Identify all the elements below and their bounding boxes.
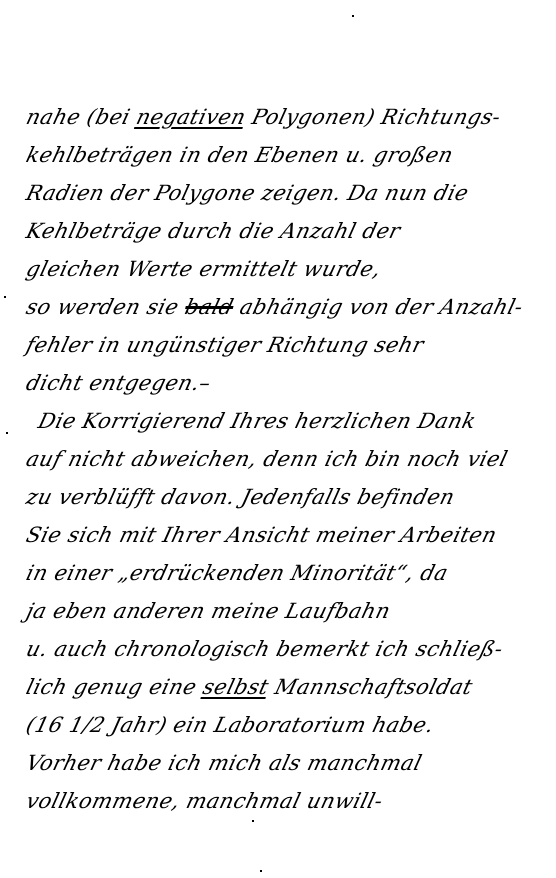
scan-speck bbox=[252, 820, 254, 822]
line-text: nahe (bei bbox=[24, 105, 140, 129]
manuscript-page: nahe (bei negativen Polygonen) Richtungs… bbox=[0, 0, 556, 878]
line-text: zu verblüfft davon. Jedenfalls befinden bbox=[24, 485, 458, 509]
manuscript-line: zu verblüfft davon. Jedenfalls befinden bbox=[22, 478, 556, 516]
scan-speck bbox=[352, 15, 354, 17]
manuscript-line: u. auch chronologisch bemerkt ich schlie… bbox=[22, 630, 556, 668]
line-text: ja eben anderen meine Laufbahn bbox=[24, 599, 393, 623]
line-text: kehlbeträgen in den Ebenen u. großen bbox=[24, 143, 456, 167]
manuscript-line: Sie sich mit Ihrer Ansicht meiner Arbeit… bbox=[22, 516, 556, 554]
line-text: Kehlbeträge durch die Anzahl der bbox=[24, 219, 403, 243]
line-text: Vorher habe ich mich als manchmal bbox=[24, 751, 425, 775]
line-text: dicht entgegen.– bbox=[24, 371, 214, 395]
line-text: abhängig von der Anzahl- bbox=[230, 295, 525, 319]
line-text: (16 1/2 Jahr) ein Laboratorium habe. bbox=[24, 713, 437, 737]
manuscript-line: lich genug eine selbst Mannschaftsoldat bbox=[22, 668, 556, 706]
line-text: lich genug eine bbox=[24, 675, 207, 699]
manuscript-line: vollkommene, manchmal unwill- bbox=[22, 782, 556, 820]
manuscript-line: Vorher habe ich mich als manchmal bbox=[22, 744, 556, 782]
line-text: so werden sie bbox=[24, 295, 189, 319]
line-text: Die Korrigierend Ihres herzlichen Dank bbox=[36, 409, 479, 433]
manuscript-line: Kehlbeträge durch die Anzahl der bbox=[22, 212, 556, 250]
underlined-word: selbst bbox=[200, 675, 271, 699]
line-text: Mannschaftsoldat bbox=[265, 675, 475, 699]
manuscript-line: (16 1/2 Jahr) ein Laboratorium habe. bbox=[22, 706, 556, 744]
line-text: in einer „erdrückenden Minorität“, da bbox=[24, 561, 451, 585]
manuscript-line: Die Korrigierend Ihres herzlichen Dank bbox=[22, 402, 556, 440]
line-text: gleichen Werte ermittelt wurde, bbox=[24, 257, 384, 281]
scan-speck bbox=[4, 296, 6, 298]
manuscript-line: nahe (bei negativen Polygonen) Richtungs… bbox=[22, 98, 556, 136]
struck-through-word: bald bbox=[183, 295, 237, 319]
manuscript-line: ja eben anderen meine Laufbahn bbox=[22, 592, 556, 630]
underlined-word: negativen bbox=[134, 105, 248, 129]
manuscript-line: kehlbeträgen in den Ebenen u. großen bbox=[22, 136, 556, 174]
handwritten-text-block: nahe (bei negativen Polygonen) Richtungs… bbox=[22, 98, 552, 820]
manuscript-line: so werden sie bald abhängig von der Anza… bbox=[22, 288, 556, 326]
manuscript-line: Radien der Polygone zeigen. Da nun die bbox=[22, 174, 556, 212]
manuscript-line: dicht entgegen.– bbox=[22, 364, 556, 402]
manuscript-line: gleichen Werte ermittelt wurde, bbox=[22, 250, 556, 288]
line-text: auf nicht abweichen, denn ich bin noch v… bbox=[24, 447, 510, 471]
line-text: Radien der Polygone zeigen. Da nun die bbox=[24, 181, 471, 205]
scan-speck bbox=[260, 870, 262, 872]
manuscript-line: auf nicht abweichen, denn ich bin noch v… bbox=[22, 440, 556, 478]
line-text: Sie sich mit Ihrer Ansicht meiner Arbeit… bbox=[24, 523, 500, 547]
manuscript-line: fehler in ungünstiger Richtung sehr bbox=[22, 326, 556, 364]
manuscript-line: in einer „erdrückenden Minorität“, da bbox=[22, 554, 556, 592]
line-text: fehler in ungünstiger Richtung sehr bbox=[24, 333, 427, 357]
scan-speck bbox=[6, 432, 8, 434]
line-text: vollkommene, manchmal unwill- bbox=[24, 789, 386, 813]
line-text: u. auch chronologisch bemerkt ich schlie… bbox=[24, 637, 506, 661]
line-text: Polygonen) Richtungs- bbox=[242, 105, 503, 129]
